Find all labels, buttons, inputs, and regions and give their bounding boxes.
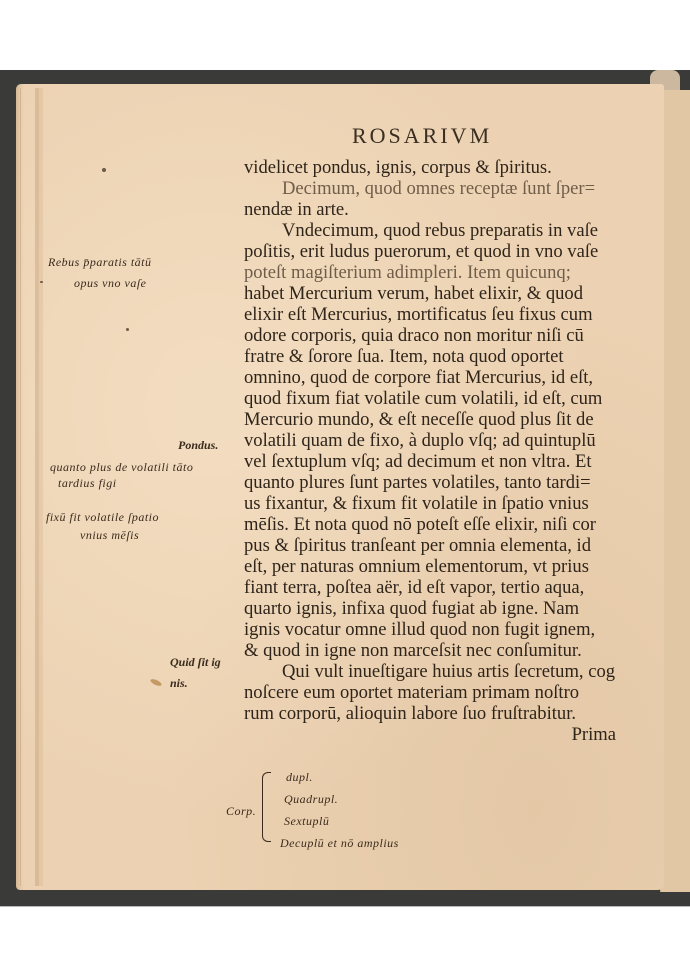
text-line: videlicet pondus, ignis, corpus & ſpirit… xyxy=(244,157,616,178)
text-line: ignis vocatur omne illud quod non fugit … xyxy=(244,619,616,640)
text-line: nendæ in arte. xyxy=(244,199,616,220)
marginal-note-pondus: Pondus. xyxy=(178,438,218,453)
handwritten-note-1-line-2: opus vno vaſe xyxy=(74,276,146,291)
text-line: poſitis, erit ludus puerorum, et quod in… xyxy=(244,241,616,262)
text-line: habet Mercurium verum, habet elixir, & q… xyxy=(244,283,616,304)
handwritten-bracket-label: Corp. xyxy=(226,804,256,819)
handwritten-bracket-item: Sextuplū xyxy=(284,814,329,829)
handwritten-note-3-line-1: fixū fit volatile ſpatio xyxy=(46,510,159,525)
scan-divider xyxy=(0,906,690,907)
text-line: eſt, per naturas omnium elementorum, vt … xyxy=(244,556,616,577)
text-line: Qui vult inueſtigare huius artis ſecretu… xyxy=(244,661,616,682)
text-line: quod fixum fiat volatile cum volatili, i… xyxy=(244,388,616,409)
text-line: pus & ſpiritus tranſeant per omnia eleme… xyxy=(244,535,616,556)
text-line: quarto ignis, infixa quod fugiat ab igne… xyxy=(244,598,616,619)
text-line: omnino, quod de corpore fiat Mercurius, … xyxy=(244,367,616,388)
text-line: & quod in igne non marceſsit nec conſumi… xyxy=(244,640,616,661)
main-text-block: videlicet pondus, ignis, corpus & ſpirit… xyxy=(244,157,616,745)
handwritten-bracket-item: Decuplū et nō amplius xyxy=(280,836,399,851)
text-line: fratre & ſorore ſua. Item, nota quod opo… xyxy=(244,346,616,367)
handwritten-note-3-line-2: vnius mēſis xyxy=(80,528,139,543)
ink-spot xyxy=(102,168,106,172)
ink-mark xyxy=(40,281,43,283)
adjacent-page-edge xyxy=(660,90,690,892)
text-line: Decimum, quod omnes receptæ ſunt ſper= xyxy=(244,178,616,199)
handwritten-bracket-item: Quadrupl. xyxy=(284,792,338,807)
text-line: volatili quam de fixo, à duplo vſq; ad q… xyxy=(244,430,616,451)
marginal-note-quid-sit-ignis: Quid ſit ig xyxy=(170,655,221,670)
text-line: poteſt magiſterium adimpleri. Item quicu… xyxy=(244,262,616,283)
text-line: noſcere eum oportet materiam primam noſt… xyxy=(244,682,616,703)
text-line: mēſis. Et nota quod nō poteſt eſſe elixi… xyxy=(244,514,616,535)
text-line: rum corporū, alioquin labore ſuo fruſtra… xyxy=(244,703,616,724)
text-line: vel ſextuplum vſq; ad decimum et non vlt… xyxy=(244,451,616,472)
handwritten-note-1-line-1: Rebus p̄paratis tātū xyxy=(48,255,152,270)
page-stack-edges xyxy=(20,88,35,886)
text-line: fiant terra, poſtea aër, id eſt vapor, t… xyxy=(244,577,616,598)
handwritten-bracket-item: dupl. xyxy=(286,770,313,785)
text-line: us fixantur, & fixum fit volatile in ſpa… xyxy=(244,493,616,514)
text-line: Vndecimum, quod rebus preparatis in vaſe xyxy=(244,220,616,241)
handwritten-brace xyxy=(262,772,271,842)
text-line: odore corporis, quia draco non moritur n… xyxy=(244,325,616,346)
text-line: quanto plures ſunt partes volatiles, tan… xyxy=(244,472,616,493)
marginal-note-quid-sit-ignis-cont: nis. xyxy=(170,676,188,691)
handwritten-note-2-line-2: tardius figi xyxy=(58,476,117,491)
handwritten-note-2-line-1: quanto plus de volatili tāto xyxy=(50,460,193,475)
catchword: Prima xyxy=(244,724,616,745)
running-head: ROSARIVM xyxy=(352,123,492,149)
ink-spot xyxy=(126,328,129,331)
text-line: elixir eſt Mercurius, mortificatus ſeu f… xyxy=(244,304,616,325)
text-line: Mercurio mundo, & eſt neceſſe quod plus … xyxy=(244,409,616,430)
